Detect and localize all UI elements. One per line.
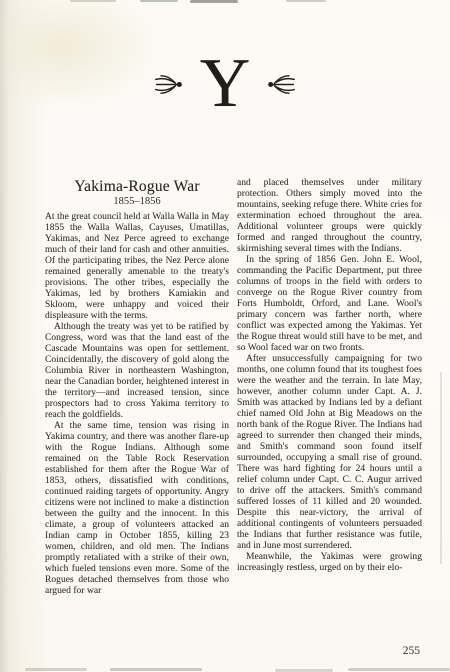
section-letter: Y <box>200 44 251 124</box>
paragraph: At the great council held at Walla Walla… <box>45 212 229 322</box>
page-number: 255 <box>403 645 420 657</box>
scan-artifact <box>70 0 116 2</box>
right-column-paragraphs: and placed themselves under military pro… <box>237 178 422 574</box>
fleuron-right-icon <box>266 74 298 100</box>
paragraph: At the same time, tension was rising in … <box>45 421 229 597</box>
paragraph: Although the treaty was yet to be ratifi… <box>45 322 229 421</box>
scan-artifact <box>286 0 326 2</box>
scan-artifact <box>110 668 202 671</box>
paragraph: After unsuccessfully campaigning for two… <box>237 354 422 552</box>
right-column: and placed themselves under military pro… <box>237 178 422 597</box>
paragraph: and placed themselves under military pro… <box>237 178 422 255</box>
scan-artifact <box>190 0 238 3</box>
fleuron-left-icon <box>152 74 184 100</box>
left-column-paragraphs: At the great council held at Walla Walla… <box>45 212 229 597</box>
left-column: Yakima-Rogue War 1855–1856 At the great … <box>45 178 229 597</box>
article-subtitle: 1855–1856 <box>45 196 229 208</box>
scan-artifact <box>25 668 87 671</box>
scan-artifact <box>140 0 178 2</box>
paragraph: In the spring of 1856 Gen. John E. Wool,… <box>237 255 422 354</box>
page-edge-line <box>440 372 442 564</box>
paragraph: Meanwhile, the Yakimas were growing incr… <box>237 552 422 574</box>
article-title: Yakima-Rogue War <box>45 178 229 195</box>
article-body: Yakima-Rogue War 1855–1856 At the great … <box>45 178 422 597</box>
book-page: Y Yakima-Rogue War 1855–1856 At the grea… <box>0 0 450 672</box>
section-header: Y <box>0 42 450 126</box>
scan-artifact <box>348 668 450 671</box>
